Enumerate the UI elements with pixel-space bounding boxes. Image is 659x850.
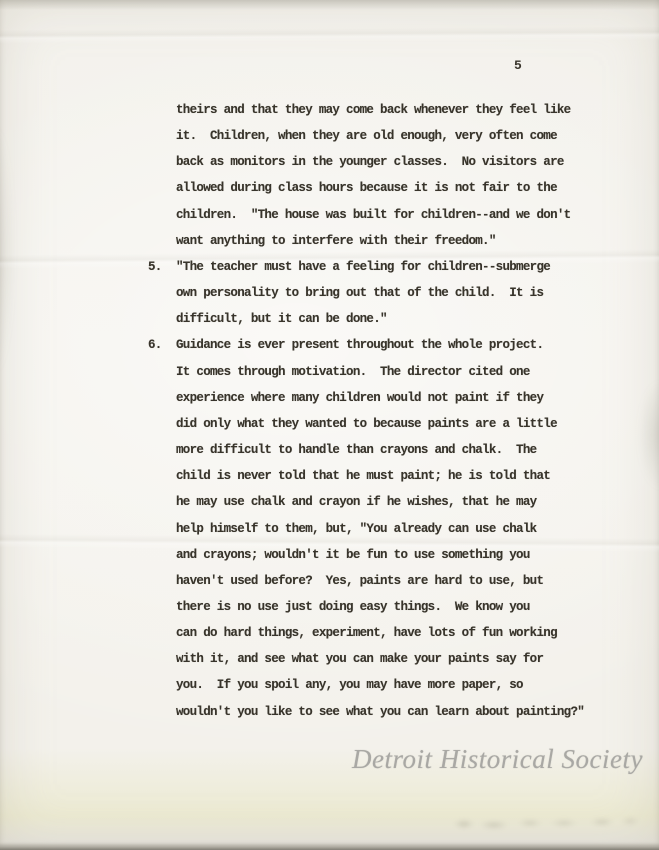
text-line: he may use chalk and crayon if he wishes… <box>148 495 584 521</box>
bleed-through-smudge <box>452 812 642 832</box>
text-line: there is no use just doing easy things. … <box>148 600 584 626</box>
line-text: wouldn't you like to see what you can le… <box>176 705 584 719</box>
line-text: haven't used before? Yes, paints are har… <box>176 574 543 588</box>
line-text: allowed during class hours because it is… <box>176 181 557 195</box>
text-line: experience where many children would not… <box>148 391 584 417</box>
line-text: it. Children, when they are old enough, … <box>176 129 557 143</box>
text-line: with it, and see what you can make your … <box>148 652 584 678</box>
line-text: experience where many children would not… <box>176 391 543 405</box>
text-line: It comes through motivation. The directo… <box>148 365 584 391</box>
line-text: want anything to interfere with their fr… <box>176 234 496 248</box>
line-text: he may use chalk and crayon if he wishes… <box>176 495 536 509</box>
list-item-number: 5. <box>148 260 176 274</box>
line-text: theirs and that they may come back whene… <box>176 103 570 117</box>
paper-crease <box>0 26 659 43</box>
text-line: can do hard things, experiment, have lot… <box>148 626 584 652</box>
line-text: Guidance is ever present throughout the … <box>176 338 543 352</box>
edge-smudge <box>0 120 14 380</box>
line-text: with it, and see what you can make your … <box>176 652 543 666</box>
text-line: it. Children, when they are old enough, … <box>148 129 584 155</box>
text-line: did only what they wanted to because pai… <box>148 417 584 443</box>
scan-bottom-edge-shadow <box>0 843 659 850</box>
line-text: and crayons; wouldn't it be fun to use s… <box>176 548 530 562</box>
line-text: "The teacher must have a feeling for chi… <box>176 260 550 274</box>
line-text: own personality to bring out that of the… <box>176 286 543 300</box>
line-text: can do hard things, experiment, have lot… <box>176 626 557 640</box>
text-line: 5."The teacher must have a feeling for c… <box>148 260 584 286</box>
scan-top-edge-shadow <box>0 0 659 10</box>
text-line: allowed during class hours because it is… <box>148 181 584 207</box>
line-text: help himself to them, but, "You already … <box>176 522 536 536</box>
line-text: children. "The house was built for child… <box>176 208 570 222</box>
text-line: theirs and that they may come back whene… <box>148 103 584 129</box>
text-line: difficult, but it can be done." <box>148 312 584 338</box>
text-line: children. "The house was built for child… <box>148 208 584 234</box>
line-text: you. If you spoil any, you may have more… <box>176 678 523 692</box>
text-line: more difficult to handle than crayons an… <box>148 443 584 469</box>
text-line: back as monitors in the younger classes.… <box>148 155 584 181</box>
line-text: did only what they wanted to because pai… <box>176 417 557 431</box>
scanned-typewritten-page: 5 theirs and that they may come back whe… <box>0 0 659 850</box>
line-text: difficult, but it can be done." <box>176 312 387 326</box>
watermark: Detroit Historical Society <box>352 744 643 775</box>
typewritten-text-block: theirs and that they may come back whene… <box>148 103 584 731</box>
line-text: child is never told that he must paint; … <box>176 469 550 483</box>
text-line: want anything to interfere with their fr… <box>148 234 584 260</box>
text-line: wouldn't you like to see what you can le… <box>148 705 584 731</box>
list-item-number: 6. <box>148 338 176 352</box>
line-text: back as monitors in the younger classes.… <box>176 155 564 169</box>
page-number: 5 <box>514 58 521 73</box>
line-text: there is no use just doing easy things. … <box>176 600 530 614</box>
text-line: you. If you spoil any, you may have more… <box>148 678 584 704</box>
text-line: haven't used before? Yes, paints are har… <box>148 574 584 600</box>
text-line: own personality to bring out that of the… <box>148 286 584 312</box>
text-line: and crayons; wouldn't it be fun to use s… <box>148 548 584 574</box>
line-text: more difficult to handle than crayons an… <box>176 443 536 457</box>
line-text: It comes through motivation. The directo… <box>176 365 530 379</box>
text-line: help himself to them, but, "You already … <box>148 522 584 548</box>
edge-smudge <box>639 380 659 490</box>
text-line: child is never told that he must paint; … <box>148 469 584 495</box>
text-line: 6.Guidance is ever present throughout th… <box>148 338 584 364</box>
